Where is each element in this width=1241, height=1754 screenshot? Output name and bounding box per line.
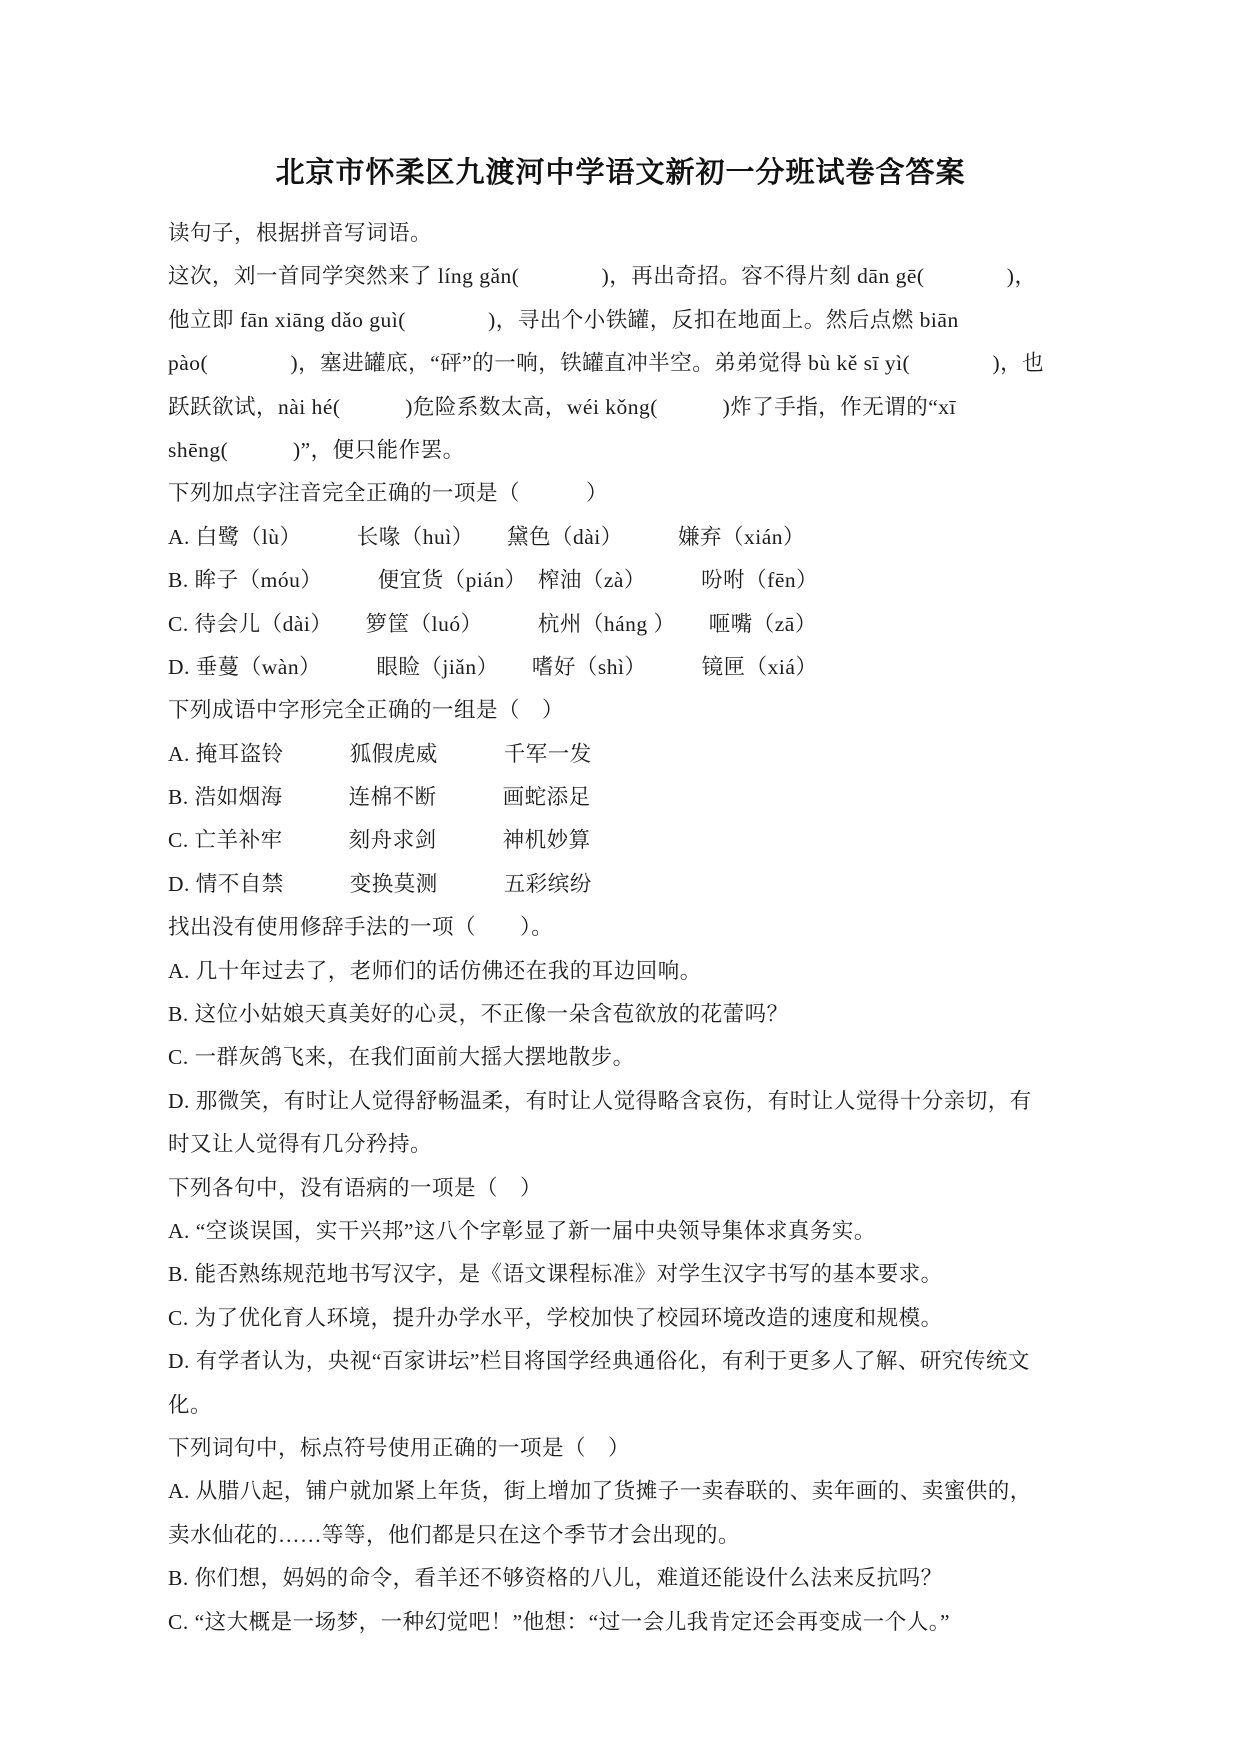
text-line: shēng( )”，便只能作罢。 [168, 429, 1108, 472]
text-line: 这次，刘一首同学突然来了 líng gǎn( )，再出奇招。容不得片刻 dān … [168, 255, 1108, 298]
option-line-a-cont: 卖水仙花的……等等，他们都是只在这个季节才会出现的。 [168, 1514, 1108, 1557]
option-line-d: D. 那微笑，有时让人觉得舒畅温柔，有时让人觉得略含哀伤，有时让人觉得十分亲切，… [168, 1080, 1108, 1123]
instruction-line: 读句子，根据拼音写词语。 [168, 212, 1108, 255]
question-line: 下列各句中，没有语病的一项是（ ） [168, 1167, 1108, 1210]
text-line: 跃跃欲试，nài hé( )危险系数太高，wéi kǒng( )炸了手指，作无谓… [168, 386, 1108, 429]
option-line-c: C. “这大概是一场梦，一种幻觉吧！”他想：“过一会儿我肯定还会再变成一个人。” [168, 1601, 1108, 1644]
question-line: 找出没有使用修辞手法的一项（ ）。 [168, 906, 1108, 949]
option-line-b: B. 你们想，妈妈的命令，看羊还不够资格的八儿，难道还能设什么法来反抗吗？ [168, 1557, 1108, 1600]
option-line-a: A. 掩耳盗铃 狐假虎威 千军一发 [168, 733, 1108, 776]
option-line-a: A. 从腊八起，铺户就加紧上年货，街上增加了货摊子一卖春联的、卖年画的、卖蜜供的… [168, 1470, 1108, 1513]
question-line: 下列词句中，标点符号使用正确的一项是（ ） [168, 1427, 1108, 1470]
document-page: 北京市怀柔区九渡河中学语文新初一分班试卷含答案 读句子，根据拼音写词语。 这次，… [0, 0, 1241, 1754]
option-line-c: C. 为了优化育人环境，提升办学水平，学校加快了校园环境改造的速度和规模。 [168, 1297, 1108, 1340]
option-line-b: B. 能否熟练规范地书写汉字，是《语文课程标准》对学生汉字书写的基本要求。 [168, 1253, 1108, 1296]
option-line-a: A. “空谈误国，实干兴邦”这八个字彰显了新一届中央领导集体求真务实。 [168, 1210, 1108, 1253]
option-line-a: A. 白鹭（lù） 长喙（huì） 黛色（dài） 嫌弃（xián） [168, 516, 1108, 559]
document-body: 读句子，根据拼音写词语。 这次，刘一首同学突然来了 líng gǎn( )，再出… [168, 212, 1108, 1644]
option-line-c: C. 一群灰鸽飞来，在我们面前大摇大摆地散步。 [168, 1036, 1108, 1079]
option-line-d-cont: 时又让人觉得有几分矜持。 [168, 1123, 1108, 1166]
question-line: 下列成语中字形完全正确的一组是（ ） [168, 689, 1108, 732]
option-line-d: D. 情不自禁 变换莫测 五彩缤纷 [168, 863, 1108, 906]
option-line-d-cont: 化。 [168, 1384, 1108, 1427]
option-line-c: C. 待会儿（dài） 箩筐（luó） 杭州（háng ） 咂嘴（zā） [168, 603, 1108, 646]
option-line-a: A. 几十年过去了，老师们的话仿佛还在我的耳边回响。 [168, 950, 1108, 993]
option-line-d: D. 有学者认为，央视“百家讲坛”栏目将国学经典通俗化，有利于更多人了解、研究传… [168, 1340, 1108, 1383]
text-line: pào( )，塞进罐底，“砰”的一响，铁罐直冲半空。弟弟觉得 bù kě sī … [168, 342, 1108, 385]
option-line-b: B. 眸子（móu） 便宜货（pián） 榨油（zà） 吩咐（fēn） [168, 559, 1108, 602]
option-line-d: D. 垂蔓（wàn） 眼睑（jiǎn） 嗜好（shì） 镜匣（xiá） [168, 646, 1108, 689]
page-title: 北京市怀柔区九渡河中学语文新初一分班试卷含答案 [0, 150, 1241, 191]
option-line-c: C. 亡羊补牢 刻舟求剑 神机妙算 [168, 819, 1108, 862]
option-line-b: B. 浩如烟海 连棉不断 画蛇添足 [168, 776, 1108, 819]
option-line-b: B. 这位小姑娘天真美好的心灵，不正像一朵含苞欲放的花蕾吗？ [168, 993, 1108, 1036]
text-line: 他立即 fān xiāng dǎo guì( )，寻出个小铁罐，反扣在地面上。然… [168, 299, 1108, 342]
question-line: 下列加点字注音完全正确的一项是（ ） [168, 472, 1108, 515]
